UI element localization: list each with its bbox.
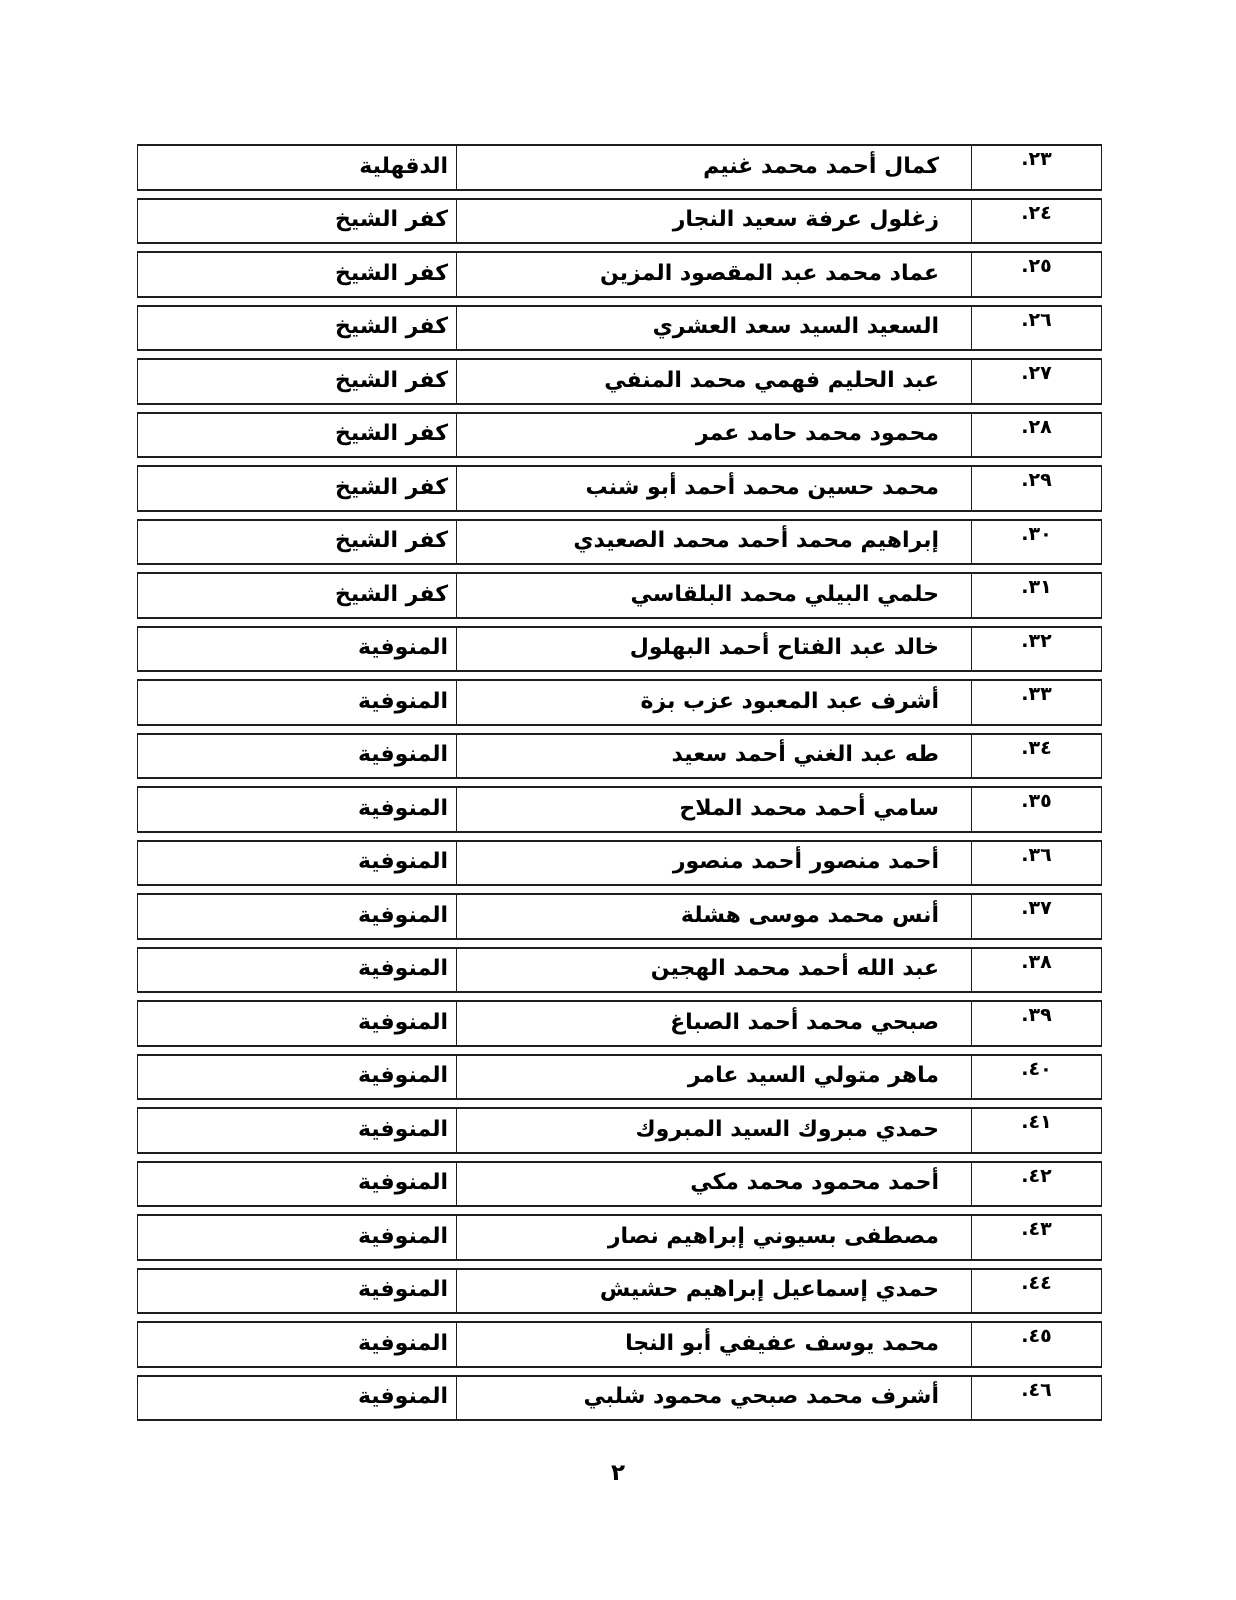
governorate: كفر الشيخ	[138, 574, 456, 617]
person-name: ماهر متولي السيد عامر	[456, 1056, 971, 1099]
governorate: المنوفية	[138, 1056, 456, 1099]
governorate: الدقهلية	[138, 146, 456, 189]
governorate: كفر الشيخ	[138, 253, 456, 296]
table-row: ٤٤. حمدي إسماعيل إبراهيم حشيش المنوفية	[137, 1268, 1102, 1315]
table-row: ٤٠. ماهر متولي السيد عامر المنوفية	[137, 1054, 1102, 1101]
row-number: ٢٧.	[971, 360, 1101, 403]
person-name: صبحي محمد أحمد الصباغ	[456, 1002, 971, 1045]
row-number: ٣٦.	[971, 842, 1101, 885]
row-number: ٤٤.	[971, 1270, 1101, 1313]
person-name: خالد عبد الفتاح أحمد البهلول	[456, 628, 971, 671]
document-page: ٢٣. كمال أحمد محمد غنيم الدقهلية ٢٤. زغل…	[0, 0, 1236, 1600]
table-row: ٢٧. عبد الحليم فهمي محمد المنفي كفر الشي…	[137, 358, 1102, 405]
governorate: المنوفية	[138, 735, 456, 778]
person-name: عبد الحليم فهمي محمد المنفي	[456, 360, 971, 403]
governorate: المنوفية	[138, 1109, 456, 1152]
table-row: ٣٢. خالد عبد الفتاح أحمد البهلول المنوفي…	[137, 626, 1102, 673]
table-row: ٤٦. أشرف محمد صبحي محمود شلبي المنوفية	[137, 1375, 1102, 1422]
governorate: كفر الشيخ	[138, 360, 456, 403]
row-number: ٢٨.	[971, 414, 1101, 457]
row-number: ٢٣.	[971, 146, 1101, 189]
row-number: ٣١.	[971, 574, 1101, 617]
row-number: ٢٩.	[971, 467, 1101, 510]
table-row: ٣٦. أحمد منصور أحمد منصور المنوفية	[137, 840, 1102, 887]
governorate: المنوفية	[138, 628, 456, 671]
row-number: ٤٢.	[971, 1163, 1101, 1206]
person-name: حلمي البيلي محمد البلقاسي	[456, 574, 971, 617]
table-row: ٤٣. مصطفى بسيوني إبراهيم نصار المنوفية	[137, 1214, 1102, 1261]
governorate: المنوفية	[138, 1377, 456, 1420]
governorate: المنوفية	[138, 1216, 456, 1259]
table-row: ٣٥. سامي أحمد محمد الملاح المنوفية	[137, 786, 1102, 833]
row-number: ٣٩.	[971, 1002, 1101, 1045]
row-number: ٣٥.	[971, 788, 1101, 831]
person-name: إبراهيم محمد أحمد محمد الصعيدي	[456, 521, 971, 564]
person-name: محمود محمد حامد عمر	[456, 414, 971, 457]
governorate: كفر الشيخ	[138, 200, 456, 243]
governorate: المنوفية	[138, 1323, 456, 1366]
person-name: السعيد السيد سعد العشري	[456, 307, 971, 350]
row-number: ٤٦.	[971, 1377, 1101, 1420]
row-number: ٢٥.	[971, 253, 1101, 296]
table-row: ٢٣. كمال أحمد محمد غنيم الدقهلية	[137, 144, 1102, 191]
person-name: سامي أحمد محمد الملاح	[456, 788, 971, 831]
person-name: محمد حسين محمد أحمد أبو شنب	[456, 467, 971, 510]
table-row: ٢٨. محمود محمد حامد عمر كفر الشيخ	[137, 412, 1102, 459]
table-row: ٤٥. محمد يوسف عفيفي أبو النجا المنوفية	[137, 1321, 1102, 1368]
person-name: أشرف محمد صبحي محمود شلبي	[456, 1377, 971, 1420]
row-number: ٣٧.	[971, 895, 1101, 938]
person-name: زغلول عرفة سعيد النجار	[456, 200, 971, 243]
person-name: عماد محمد عبد المقصود المزين	[456, 253, 971, 296]
person-name: أنس محمد موسى هشلة	[456, 895, 971, 938]
row-number: ٣٨.	[971, 949, 1101, 992]
governorate: كفر الشيخ	[138, 521, 456, 564]
row-number: ٢٤.	[971, 200, 1101, 243]
row-number: ٣٢.	[971, 628, 1101, 671]
table-row: ٢٥. عماد محمد عبد المقصود المزين كفر الش…	[137, 251, 1102, 298]
person-name: حمدي مبروك السيد المبروك	[456, 1109, 971, 1152]
table-row: ٢٦. السعيد السيد سعد العشري كفر الشيخ	[137, 305, 1102, 352]
row-number: ٤٠.	[971, 1056, 1101, 1099]
table-row: ٣٣. أشرف عبد المعبود عزب بزة المنوفية	[137, 679, 1102, 726]
person-name: أحمد منصور أحمد منصور	[456, 842, 971, 885]
row-number: ٣٤.	[971, 735, 1101, 778]
row-number: ٤١.	[971, 1109, 1101, 1152]
governorate: المنوفية	[138, 842, 456, 885]
governorate: المنوفية	[138, 1002, 456, 1045]
person-name: مصطفى بسيوني إبراهيم نصار	[456, 1216, 971, 1259]
table-row: ٣٨. عبد الله أحمد محمد الهجين المنوفية	[137, 947, 1102, 994]
person-name: عبد الله أحمد محمد الهجين	[456, 949, 971, 992]
table-row: ٢٤. زغلول عرفة سعيد النجار كفر الشيخ	[137, 198, 1102, 245]
person-name: حمدي إسماعيل إبراهيم حشيش	[456, 1270, 971, 1313]
table-row: ٣٧. أنس محمد موسى هشلة المنوفية	[137, 893, 1102, 940]
table-row: ٣٠. إبراهيم محمد أحمد محمد الصعيدي كفر ا…	[137, 519, 1102, 566]
governorate: المنوفية	[138, 895, 456, 938]
person-name: طه عبد الغني أحمد سعيد	[456, 735, 971, 778]
governorate: كفر الشيخ	[138, 414, 456, 457]
row-number: ٢٦.	[971, 307, 1101, 350]
table-row: ٤١. حمدي مبروك السيد المبروك المنوفية	[137, 1107, 1102, 1154]
table-row: ٤٢. أحمد محمود محمد مكي المنوفية	[137, 1161, 1102, 1208]
page-number: ٢	[0, 1460, 1236, 1486]
governorate: كفر الشيخ	[138, 307, 456, 350]
row-number: ٤٣.	[971, 1216, 1101, 1259]
governorate: المنوفية	[138, 949, 456, 992]
table-row: ٢٩. محمد حسين محمد أحمد أبو شنب كفر الشي…	[137, 465, 1102, 512]
row-number: ٣٣.	[971, 681, 1101, 724]
person-name: أحمد محمود محمد مكي	[456, 1163, 971, 1206]
governorate: المنوفية	[138, 1270, 456, 1313]
governorate: المنوفية	[138, 681, 456, 724]
row-number: ٤٥.	[971, 1323, 1101, 1366]
person-name: أشرف عبد المعبود عزب بزة	[456, 681, 971, 724]
table-row: ٣١. حلمي البيلي محمد البلقاسي كفر الشيخ	[137, 572, 1102, 619]
person-name: محمد يوسف عفيفي أبو النجا	[456, 1323, 971, 1366]
row-number: ٣٠.	[971, 521, 1101, 564]
governorate: المنوفية	[138, 1163, 456, 1206]
table-row: ٣٤. طه عبد الغني أحمد سعيد المنوفية	[137, 733, 1102, 780]
names-table: ٢٣. كمال أحمد محمد غنيم الدقهلية ٢٤. زغل…	[137, 144, 1102, 1421]
table-row: ٣٩. صبحي محمد أحمد الصباغ المنوفية	[137, 1000, 1102, 1047]
governorate: المنوفية	[138, 788, 456, 831]
governorate: كفر الشيخ	[138, 467, 456, 510]
person-name: كمال أحمد محمد غنيم	[456, 146, 971, 189]
